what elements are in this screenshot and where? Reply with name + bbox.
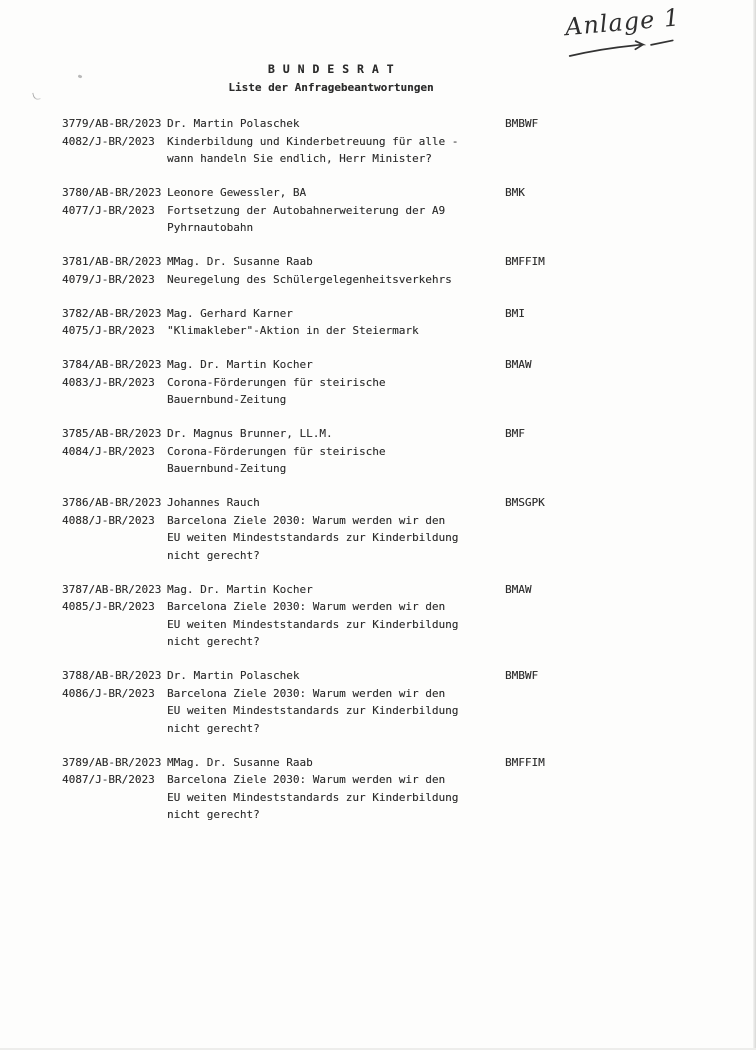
addressee: Dr. Martin Polaschek: [167, 115, 505, 133]
subject-line: Pyhrnautobahn: [167, 219, 505, 237]
answer-id: 3785/AB-BR/2023: [62, 425, 167, 443]
id-column: 3787/AB-BR/2023 4085/J-BR/2023: [62, 581, 167, 651]
list-item: 3780/AB-BR/2023 4077/J-BR/2023 Leonore G…: [62, 184, 742, 237]
addressee: Dr. Martin Polaschek: [167, 667, 505, 685]
id-column: 3784/AB-BR/2023 4083/J-BR/2023: [62, 356, 167, 409]
text-column: Dr. Martin Polaschek Kinderbildung und K…: [167, 115, 505, 168]
answer-id: 3784/AB-BR/2023: [62, 356, 167, 374]
text-column: Leonore Gewessler, BA Fortsetzung der Au…: [167, 184, 505, 237]
ministry-code: BMI: [505, 305, 742, 340]
answer-id: 3789/AB-BR/2023: [62, 754, 167, 772]
addressee: Dr. Magnus Brunner, LL.M.: [167, 425, 505, 443]
ministry-code: BMK: [505, 184, 742, 237]
addressee: Leonore Gewessler, BA: [167, 184, 505, 202]
answer-id: 3788/AB-BR/2023: [62, 667, 167, 685]
answer-id: 3782/AB-BR/2023: [62, 305, 167, 323]
addressee: MMag. Dr. Susanne Raab: [167, 754, 505, 772]
subject-line: Barcelona Ziele 2030: Warum werden wir d…: [167, 512, 505, 530]
subject-line: "Klimakleber"-Aktion in der Steiermark: [167, 322, 505, 340]
id-column: 3786/AB-BR/2023 4088/J-BR/2023: [62, 494, 167, 564]
annotation-underline-stroke: [567, 36, 680, 62]
list-item: 3779/AB-BR/2023 4082/J-BR/2023 Dr. Marti…: [62, 115, 742, 168]
list-item: 3789/AB-BR/2023 4087/J-BR/2023 MMag. Dr.…: [62, 754, 742, 824]
list-item: 3782/AB-BR/2023 4075/J-BR/2023 Mag. Gerh…: [62, 305, 742, 340]
text-column: Dr. Magnus Brunner, LL.M. Corona-Förderu…: [167, 425, 505, 478]
text-column: Mag. Dr. Martin Kocher Corona-Förderunge…: [167, 356, 505, 409]
document-page: Anlage 1 B U N D E S R A T Liste der Anf…: [0, 0, 756, 1050]
list-item: 3784/AB-BR/2023 4083/J-BR/2023 Mag. Dr. …: [62, 356, 742, 409]
ministry-code: BMBWF: [505, 115, 742, 168]
addressee: MMag. Dr. Susanne Raab: [167, 253, 505, 271]
subject-line: Barcelona Ziele 2030: Warum werden wir d…: [167, 771, 505, 789]
addressee: Mag. Gerhard Karner: [167, 305, 505, 323]
ministry-code: BMBWF: [505, 667, 742, 737]
id-column: 3780/AB-BR/2023 4077/J-BR/2023: [62, 184, 167, 237]
question-id: 4084/J-BR/2023: [62, 443, 167, 461]
addressee: Mag. Dr. Martin Kocher: [167, 356, 505, 374]
scan-speck-icon: [32, 91, 41, 100]
ministry-code: BMFFIM: [505, 253, 742, 288]
document-title: B U N D E S R A T: [0, 61, 662, 79]
list-item: 3786/AB-BR/2023 4088/J-BR/2023 Johannes …: [62, 494, 742, 564]
text-column: Dr. Martin Polaschek Barcelona Ziele 203…: [167, 667, 505, 737]
text-column: MMag. Dr. Susanne Raab Barcelona Ziele 2…: [167, 754, 505, 824]
subject-line: Bauernbund-Zeitung: [167, 391, 505, 409]
list-item: 3781/AB-BR/2023 4079/J-BR/2023 MMag. Dr.…: [62, 253, 742, 288]
id-column: 3782/AB-BR/2023 4075/J-BR/2023: [62, 305, 167, 340]
question-id: 4086/J-BR/2023: [62, 685, 167, 703]
question-id: 4077/J-BR/2023: [62, 202, 167, 220]
subject-line: nicht gerecht?: [167, 720, 505, 738]
question-id: 4082/J-BR/2023: [62, 133, 167, 151]
id-column: 3789/AB-BR/2023 4087/J-BR/2023: [62, 754, 167, 824]
id-column: 3788/AB-BR/2023 4086/J-BR/2023: [62, 667, 167, 737]
question-id: 4088/J-BR/2023: [62, 512, 167, 530]
answer-id: 3781/AB-BR/2023: [62, 253, 167, 271]
subject-line: Kinderbildung und Kinderbetreuung für al…: [167, 133, 505, 151]
list-item: 3785/AB-BR/2023 4084/J-BR/2023 Dr. Magnu…: [62, 425, 742, 478]
subject-line: Barcelona Ziele 2030: Warum werden wir d…: [167, 598, 505, 616]
subject-line: Bauernbund-Zeitung: [167, 460, 505, 478]
subject-line: wann handeln Sie endlich, Herr Minister?: [167, 150, 505, 168]
subject-line: EU weiten Mindeststandards zur Kinderbil…: [167, 789, 505, 807]
answer-id: 3786/AB-BR/2023: [62, 494, 167, 512]
question-id: 4083/J-BR/2023: [62, 374, 167, 392]
subject-line: nicht gerecht?: [167, 633, 505, 651]
answer-id: 3779/AB-BR/2023: [62, 115, 167, 133]
ministry-code: BMSGPK: [505, 494, 742, 564]
subject-line: nicht gerecht?: [167, 806, 505, 824]
subject-line: Fortsetzung der Autobahnerweiterung der …: [167, 202, 505, 220]
answer-list: 3779/AB-BR/2023 4082/J-BR/2023 Dr. Marti…: [62, 115, 742, 840]
subject-line: Barcelona Ziele 2030: Warum werden wir d…: [167, 685, 505, 703]
ministry-code: BMAW: [505, 356, 742, 409]
id-column: 3785/AB-BR/2023 4084/J-BR/2023: [62, 425, 167, 478]
document-header: B U N D E S R A T Liste der Anfragebeant…: [0, 61, 662, 96]
subject-line: EU weiten Mindeststandards zur Kinderbil…: [167, 529, 505, 547]
question-id: 4087/J-BR/2023: [62, 771, 167, 789]
text-column: Mag. Dr. Martin Kocher Barcelona Ziele 2…: [167, 581, 505, 651]
ministry-code: BMF: [505, 425, 742, 478]
ministry-code: BMAW: [505, 581, 742, 651]
subject-line: Corona-Förderungen für steirische: [167, 443, 505, 461]
subject-line: Neuregelung des Schülergelegenheitsverke…: [167, 271, 505, 289]
annotation-text: Anlage 1: [564, 3, 681, 41]
subject-line: EU weiten Mindeststandards zur Kinderbil…: [167, 616, 505, 634]
answer-id: 3787/AB-BR/2023: [62, 581, 167, 599]
id-column: 3781/AB-BR/2023 4079/J-BR/2023: [62, 253, 167, 288]
ministry-code: BMFFIM: [505, 754, 742, 824]
list-item: 3787/AB-BR/2023 4085/J-BR/2023 Mag. Dr. …: [62, 581, 742, 651]
document-subtitle: Liste der Anfragebeantwortungen: [0, 79, 662, 97]
addressee: Mag. Dr. Martin Kocher: [167, 581, 505, 599]
addressee: Johannes Rauch: [167, 494, 505, 512]
subject-line: EU weiten Mindeststandards zur Kinderbil…: [167, 702, 505, 720]
text-column: Mag. Gerhard Karner "Klimakleber"-Aktion…: [167, 305, 505, 340]
question-id: 4079/J-BR/2023: [62, 271, 167, 289]
text-column: MMag. Dr. Susanne Raab Neuregelung des S…: [167, 253, 505, 288]
subject-line: nicht gerecht?: [167, 547, 505, 565]
text-column: Johannes Rauch Barcelona Ziele 2030: War…: [167, 494, 505, 564]
list-item: 3788/AB-BR/2023 4086/J-BR/2023 Dr. Marti…: [62, 667, 742, 737]
id-column: 3779/AB-BR/2023 4082/J-BR/2023: [62, 115, 167, 168]
question-id: 4075/J-BR/2023: [62, 322, 167, 340]
subject-line: Corona-Förderungen für steirische: [167, 374, 505, 392]
handwritten-annotation: Anlage 1: [564, 3, 688, 65]
answer-id: 3780/AB-BR/2023: [62, 184, 167, 202]
question-id: 4085/J-BR/2023: [62, 598, 167, 616]
